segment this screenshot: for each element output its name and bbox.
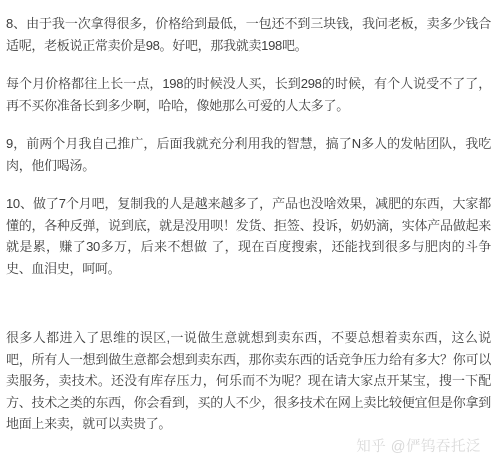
article-screenshot-page: 8、由于我一次拿得很多，价格给到最低，一包还不到三块钱，我问老板，卖多少钱合适呢… bbox=[0, 0, 499, 466]
paragraph-10: 10、做了7个月吧，复制我的人是越来越多了，产品也没啥效果，减肥的东西，大家都懂… bbox=[6, 193, 491, 279]
paragraph-9: 9，前两个月我自己推广，后面我就充分利用我的智慧，搞了N多人的发帖团队，我吃肉，… bbox=[6, 133, 491, 176]
article-body: 8、由于我一次拿得很多，价格给到最低，一包还不到三块钱，我问老板，卖多少钱合适呢… bbox=[6, 13, 491, 435]
paragraph-price-raise: 每个月价格都往上长一点，198的时候没人买，长到298的时候，有个人说受不了了，… bbox=[6, 73, 491, 116]
zhihu-watermark: 知乎 @俨钨吞托泛 bbox=[356, 435, 481, 456]
paragraph-8: 8、由于我一次拿得很多，价格给到最低，一包还不到三块钱，我问老板，卖多少钱合适呢… bbox=[6, 13, 491, 56]
paragraph-mindset: 很多人都进入了思维的误区,一说做生意就想到卖东西，不要总想着卖东西，这么说吧，所… bbox=[6, 327, 491, 435]
